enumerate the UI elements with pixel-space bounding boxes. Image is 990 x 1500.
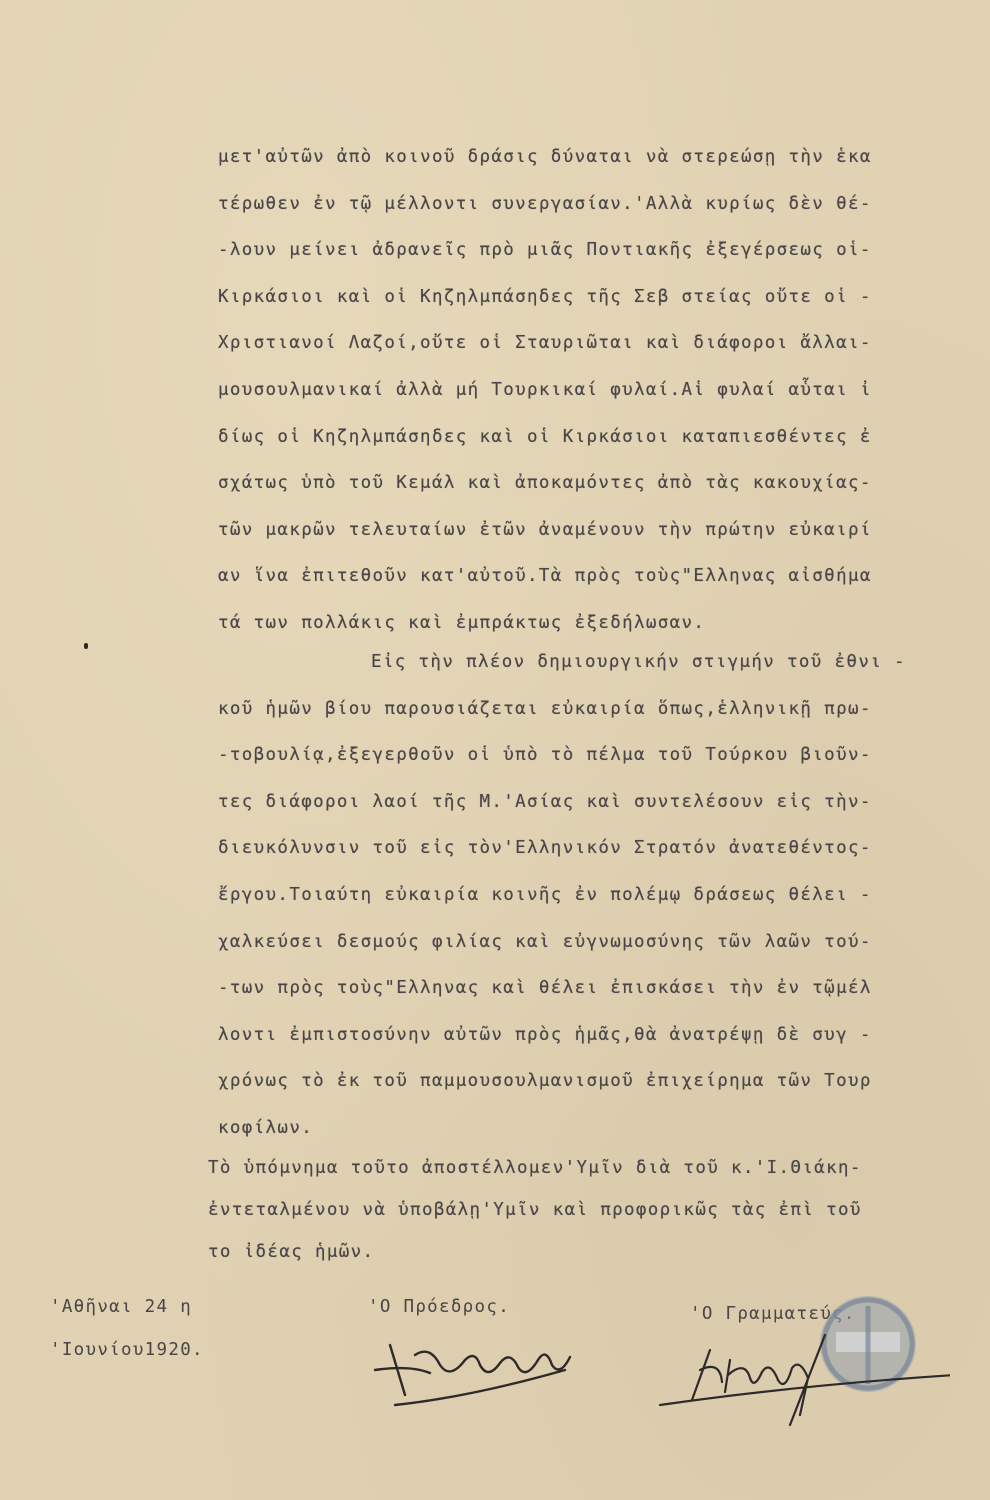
body-text-line: -λουν μείνει ἀδρανεῖς πρὸ μιᾶς Ποντιακῆς…: [218, 239, 872, 261]
place-date-line-1: 'Αθῆναι 24 η: [50, 1297, 192, 1317]
body-text-line: διευκόλυνσιν τοῦ εἰς τὸν'Ελληνικόν Στρατ…: [218, 837, 872, 859]
president-title: 'Ο Πρόεδρος.: [368, 1297, 510, 1317]
body-text-line: Κιρκάσιοι καὶ οἱ Κηζηλμπάσηδες τῆς Σεβ σ…: [218, 286, 872, 308]
body-text-line: χρόνως τὸ ἐκ τοῦ παμμουσουλμανισμοῦ ἐπιχ…: [218, 1070, 872, 1092]
body-text-line: ἔργου.Τοιαύτη εὐκαιρία κοινῆς ἐν πολέμῳ …: [218, 884, 872, 906]
body-text-line: -των πρὸς τοὺς"Ελληνας καὶ θέλει ἐπισκάσ…: [218, 977, 872, 999]
president-signature-icon: [370, 1325, 590, 1415]
body-text-line: τες διάφοροι λαοί τῆς Μ.'Ασίας καὶ συντε…: [218, 791, 872, 813]
body-text-line: τά των πολλάκις καὶ ἐμπράκτως ἐξεδήλωσαν…: [218, 612, 705, 634]
body-text-line: χαλκεύσει δεσμούς φιλίας καὶ εὐγνωμοσύνη…: [218, 931, 872, 953]
body-text-line: κοφίλων.: [218, 1117, 313, 1139]
body-text-line: το ἰδέας ἡμῶν.: [208, 1241, 374, 1263]
body-text-line: τῶν μακρῶν τελευταίων ἐτῶν ἀναμένουν τὴν…: [218, 519, 872, 541]
body-text-line: δίως οἱ Κηζηλμπάσηδες καὶ οἱ Κιρκάσιοι κ…: [218, 426, 872, 448]
body-text-line: σχάτως ὑπὸ τοῦ Κεμάλ καὶ ἀποκαμόντες ἀπὸ…: [218, 472, 872, 494]
margin-ink-spot: [84, 643, 88, 649]
body-text-line: Χριστιανοί Λαζοί,οὔτε οἱ Σταυριῶται καὶ …: [218, 332, 872, 354]
secretary-signature-icon: [650, 1330, 950, 1430]
body-text-line: ἐντεταλμένου νὰ ὑποβάλῃ'Υμῖν καὶ προφορι…: [208, 1199, 862, 1221]
body-text-line: λοντι ἐμπιστοσύνην αὐτῶν πρὸς ἡμᾶς,θὰ ἀν…: [218, 1024, 872, 1046]
body-text-line: μουσουλμανικαί ἀλλὰ μή Τουρκικαί φυλαί.Α…: [218, 379, 872, 401]
place-date-line-2: 'Ιουνίου1920.: [50, 1340, 204, 1360]
body-text-line: Εἰς τὴν πλέον δημιουργικήν στιγμήν τοῦ ἐ…: [371, 651, 906, 673]
body-text-line: Τὸ ὑπόμνημα τοῦτο ἀποστέλλομεν'Υμῖν διὰ …: [208, 1157, 862, 1179]
body-text-line: -τοβουλίᾳ,ἐξεγερθοῦν οἱ ὑπὸ τὸ πέλμα τοῦ…: [218, 744, 872, 766]
body-text-line: τέρωθεν ἐν τῷ μέλλοντι συνεργασίαν.'Αλλὰ…: [218, 193, 872, 215]
body-text-line: κοῦ ἡμῶν βίου παρουσιάζεται εὐκαιρία ὅπω…: [218, 698, 872, 720]
body-text-line: μετ'αὐτῶν ἀπὸ κοινοῦ δράσις δύναται νὰ σ…: [218, 146, 872, 168]
body-text-line: αν ἵνα ἐπιτεθοῦν κατ'αὐτοῦ.Τὰ πρὸς τοὺς"…: [218, 565, 872, 587]
